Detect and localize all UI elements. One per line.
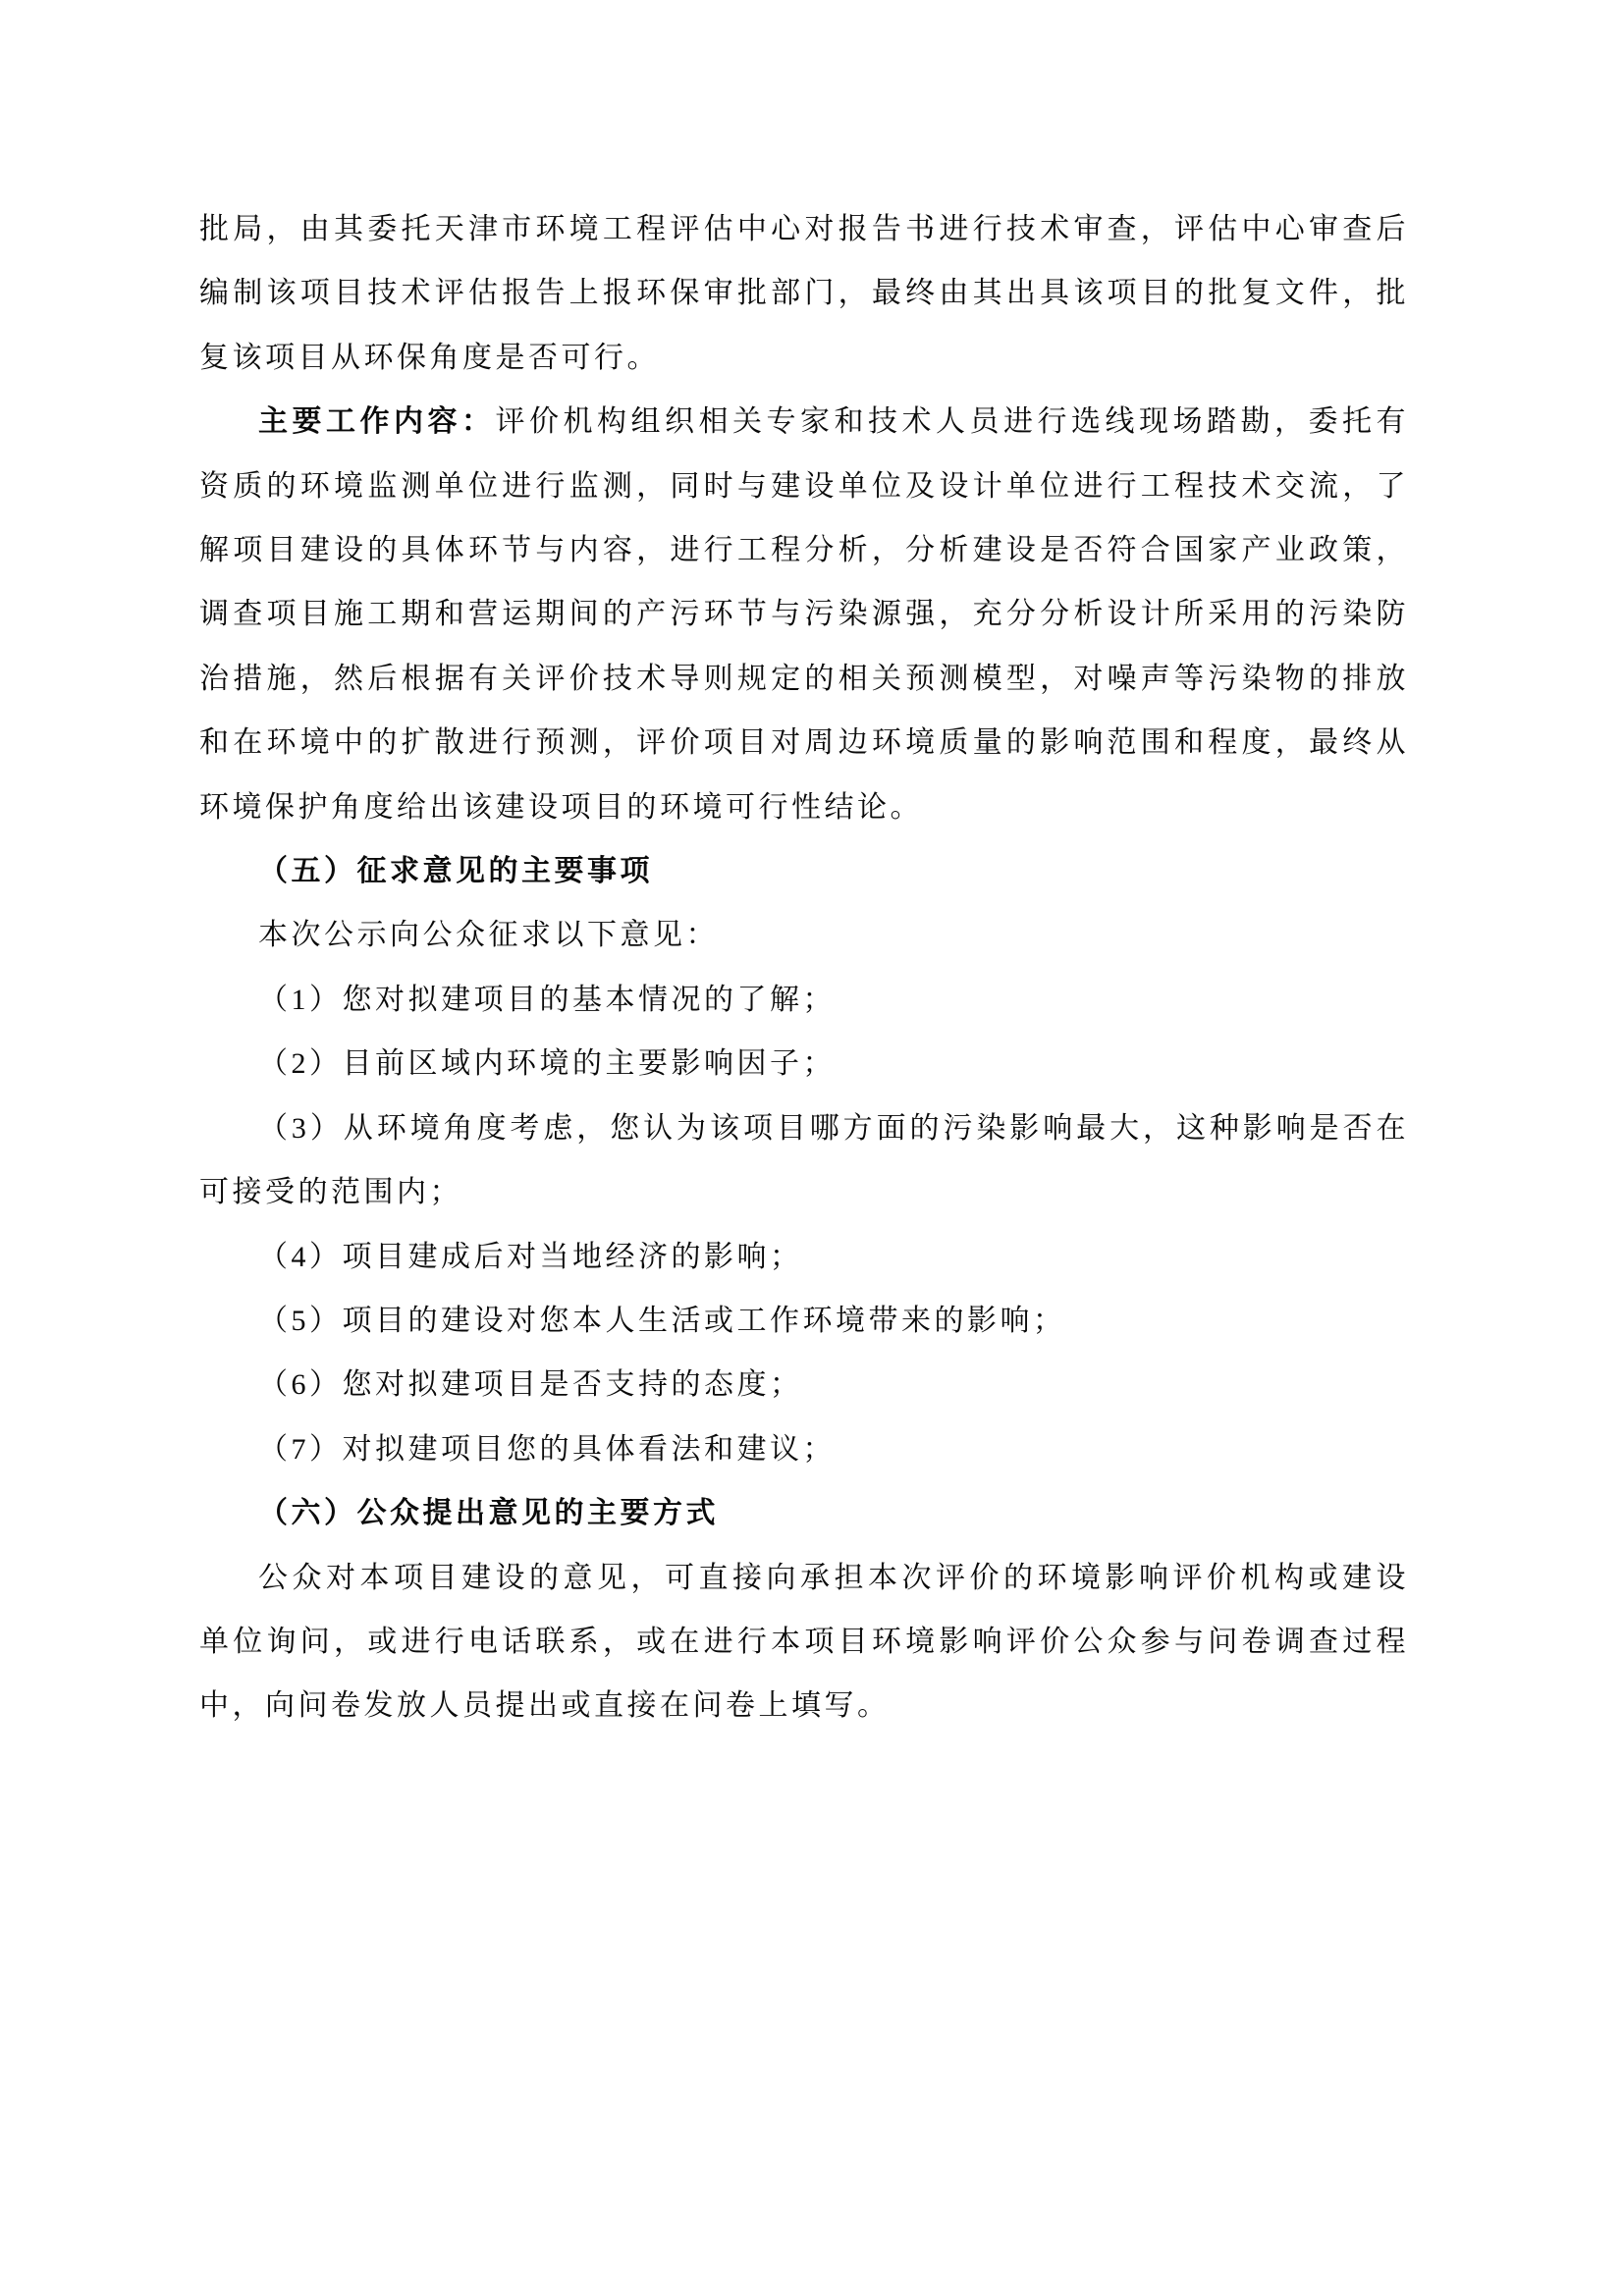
list-item-6: （6）您对拟建项目是否支持的态度； [199,1353,1409,1416]
list-item-7: （7）对拟建项目您的具体看法和建议； [199,1417,1409,1481]
document-page: 批局，由其委托天津市环境工程评估中心对报告书进行技术审查，评估中心审查后编制该项… [0,0,1623,2296]
list-item-2: （2）目前区域内环境的主要影响因子； [199,1032,1409,1095]
para-main-work-content: 主要工作内容：评价机构组织相关专家和技术人员进行选线现场踏勘，委托有资质的环境监… [199,390,1409,839]
heading-section-6: （六）公众提出意见的主要方式 [199,1481,1409,1545]
list-item-1: （1）您对拟建项目的基本情况的了解； [199,968,1409,1032]
para-main-work-lead: 主要工作内容： [258,405,496,438]
para-main-work-body: 评价机构组织相关专家和技术人员进行选线现场踏勘，委托有资质的环境监测单位进行监测… [199,405,1409,823]
para-feedback-methods: 公众对本项目建设的意见，可直接向承担本次评价的环境影响评价机构或建设单位询问，或… [199,1546,1409,1738]
heading-section-5: （五）征求意见的主要事项 [199,839,1409,903]
list-item-4: （4）项目建成后对当地经济的影响； [199,1225,1409,1289]
list-item-3: （3）从环境角度考虑，您认为该项目哪方面的污染影响最大，这种影响是否在可接受的范… [199,1096,1409,1225]
para-survey-intro: 本次公示向公众征求以下意见： [199,903,1409,967]
para-approval-continuation: 批局，由其委托天津市环境工程评估中心对报告书进行技术审查，评估中心审查后编制该项… [199,197,1409,390]
list-item-5: （5）项目的建设对您本人生活或工作环境带来的影响； [199,1289,1409,1353]
